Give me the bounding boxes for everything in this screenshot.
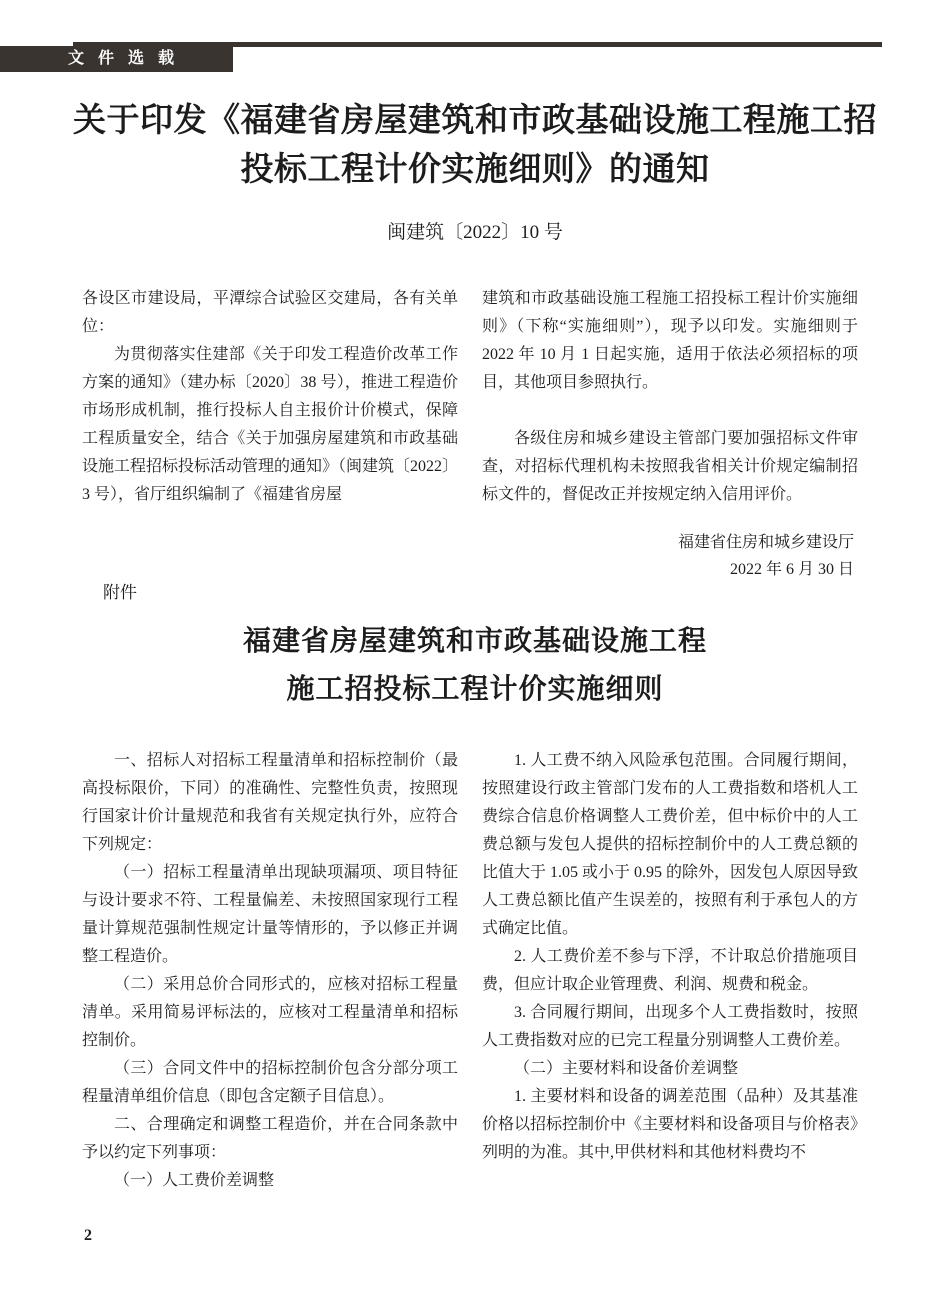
section-tab-label: 文件选载 bbox=[68, 50, 188, 67]
attachment-title-line1: 福建省房屋建筑和市政基础设施工程 bbox=[0, 618, 950, 666]
paragraph: （三）合同文件中的招标控制价包含分部分项工程量清单组价信息（即包含定额子目信息）… bbox=[82, 1055, 458, 1111]
attachment-label: 附件 bbox=[103, 581, 137, 605]
attachment-title-line2: 施工招投标工程计价实施细则 bbox=[0, 666, 950, 714]
paragraph: 各级住房和城乡建设主管部门要加强招标文件审查，对招标代理机构未按照我省相关计价规… bbox=[482, 425, 858, 509]
signature-block: 福建省住房和城乡建设厅 2022 年 6 月 30 日 bbox=[482, 529, 858, 583]
doc-number: 闽建筑〔2022〕10 号 bbox=[0, 220, 950, 246]
paragraph: （二）采用总价合同形式的，应核对招标工程量清单。采用简易评标法的，应核对工程量清… bbox=[82, 971, 458, 1055]
document-page: 文件选载 关于印发《福建省房屋建筑和市政基础设施工程施工招 投标工程计价实施细则… bbox=[0, 0, 950, 1290]
notice-title-line1: 关于印发《福建省房屋建筑和市政基础设施工程施工招 bbox=[0, 97, 950, 146]
attachment-body: 一、招标人对招标工程量清单和招标控制价（最高投标限价，下同）的准确性、完整性负责… bbox=[82, 747, 858, 1195]
signature-org: 福建省住房和城乡建设厅 bbox=[482, 529, 854, 556]
paragraph: 一、招标人对招标工程量清单和招标控制价（最高投标限价，下同）的准确性、完整性负责… bbox=[82, 747, 458, 859]
paragraph: （二）主要材料和设备价差调整 bbox=[482, 1055, 858, 1083]
paragraph: （一）人工费价差调整 bbox=[82, 1167, 458, 1195]
notice-title-line2: 投标工程计价实施细则》的通知 bbox=[0, 146, 950, 195]
paragraph: （一）招标工程量清单出现缺项漏项、项目特征与设计要求不符、工程量偏差、未按照国家… bbox=[82, 859, 458, 971]
attachment-left-column: 一、招标人对招标工程量清单和招标控制价（最高投标限价，下同）的准确性、完整性负责… bbox=[82, 747, 458, 1195]
section-tab: 文件选载 bbox=[0, 46, 233, 72]
page-number: 2 bbox=[84, 1227, 92, 1245]
attachment-title: 福建省房屋建筑和市政基础设施工程 施工招投标工程计价实施细则 bbox=[0, 618, 950, 714]
notice-title: 关于印发《福建省房屋建筑和市政基础设施工程施工招 投标工程计价实施细则》的通知 bbox=[0, 97, 950, 195]
paragraph: 建筑和市政基础设施工程施工招投标工程计价实施细则》（下称“实施细则”），现予以印… bbox=[482, 285, 858, 397]
paragraph: 1. 人工费不纳入风险承包范围。合同履行期间，按照建设行政主管部门发布的人工费指… bbox=[482, 747, 858, 943]
notice-right-column: 建筑和市政基础设施工程施工招投标工程计价实施细则》（下称“实施细则”），现予以印… bbox=[482, 285, 858, 583]
paragraph: 二、合理确定和调整工程造价，并在合同条款中予以约定下列事项： bbox=[82, 1111, 458, 1167]
paragraph: 各设区市建设局，平潭综合试验区交建局，各有关单位： bbox=[82, 285, 458, 341]
paragraph: 2. 人工费价差不参与下浮，不计取总价措施项目费，但应计取企业管理费、利润、规费… bbox=[482, 943, 858, 999]
paragraph: 为贯彻落实住建部《关于印发工程造价改革工作方案的通知》（建办标〔2020〕38 … bbox=[82, 341, 458, 509]
notice-left-column: 各设区市建设局，平潭综合试验区交建局，各有关单位： 为贯彻落实住建部《关于印发工… bbox=[82, 285, 458, 583]
paragraph: 1. 主要材料和设备的调差范围（品种）及其基准价格以招标控制价中《主要材料和设备… bbox=[482, 1083, 858, 1167]
signature-date: 2022 年 6 月 30 日 bbox=[482, 556, 854, 583]
paragraph: 3. 合同履行期间，出现多个人工费指数时，按照人工费指数对应的已完工程量分别调整… bbox=[482, 999, 858, 1055]
notice-body: 各设区市建设局，平潭综合试验区交建局，各有关单位： 为贯彻落实住建部《关于印发工… bbox=[82, 285, 858, 583]
attachment-right-column: 1. 人工费不纳入风险承包范围。合同履行期间，按照建设行政主管部门发布的人工费指… bbox=[482, 747, 858, 1195]
